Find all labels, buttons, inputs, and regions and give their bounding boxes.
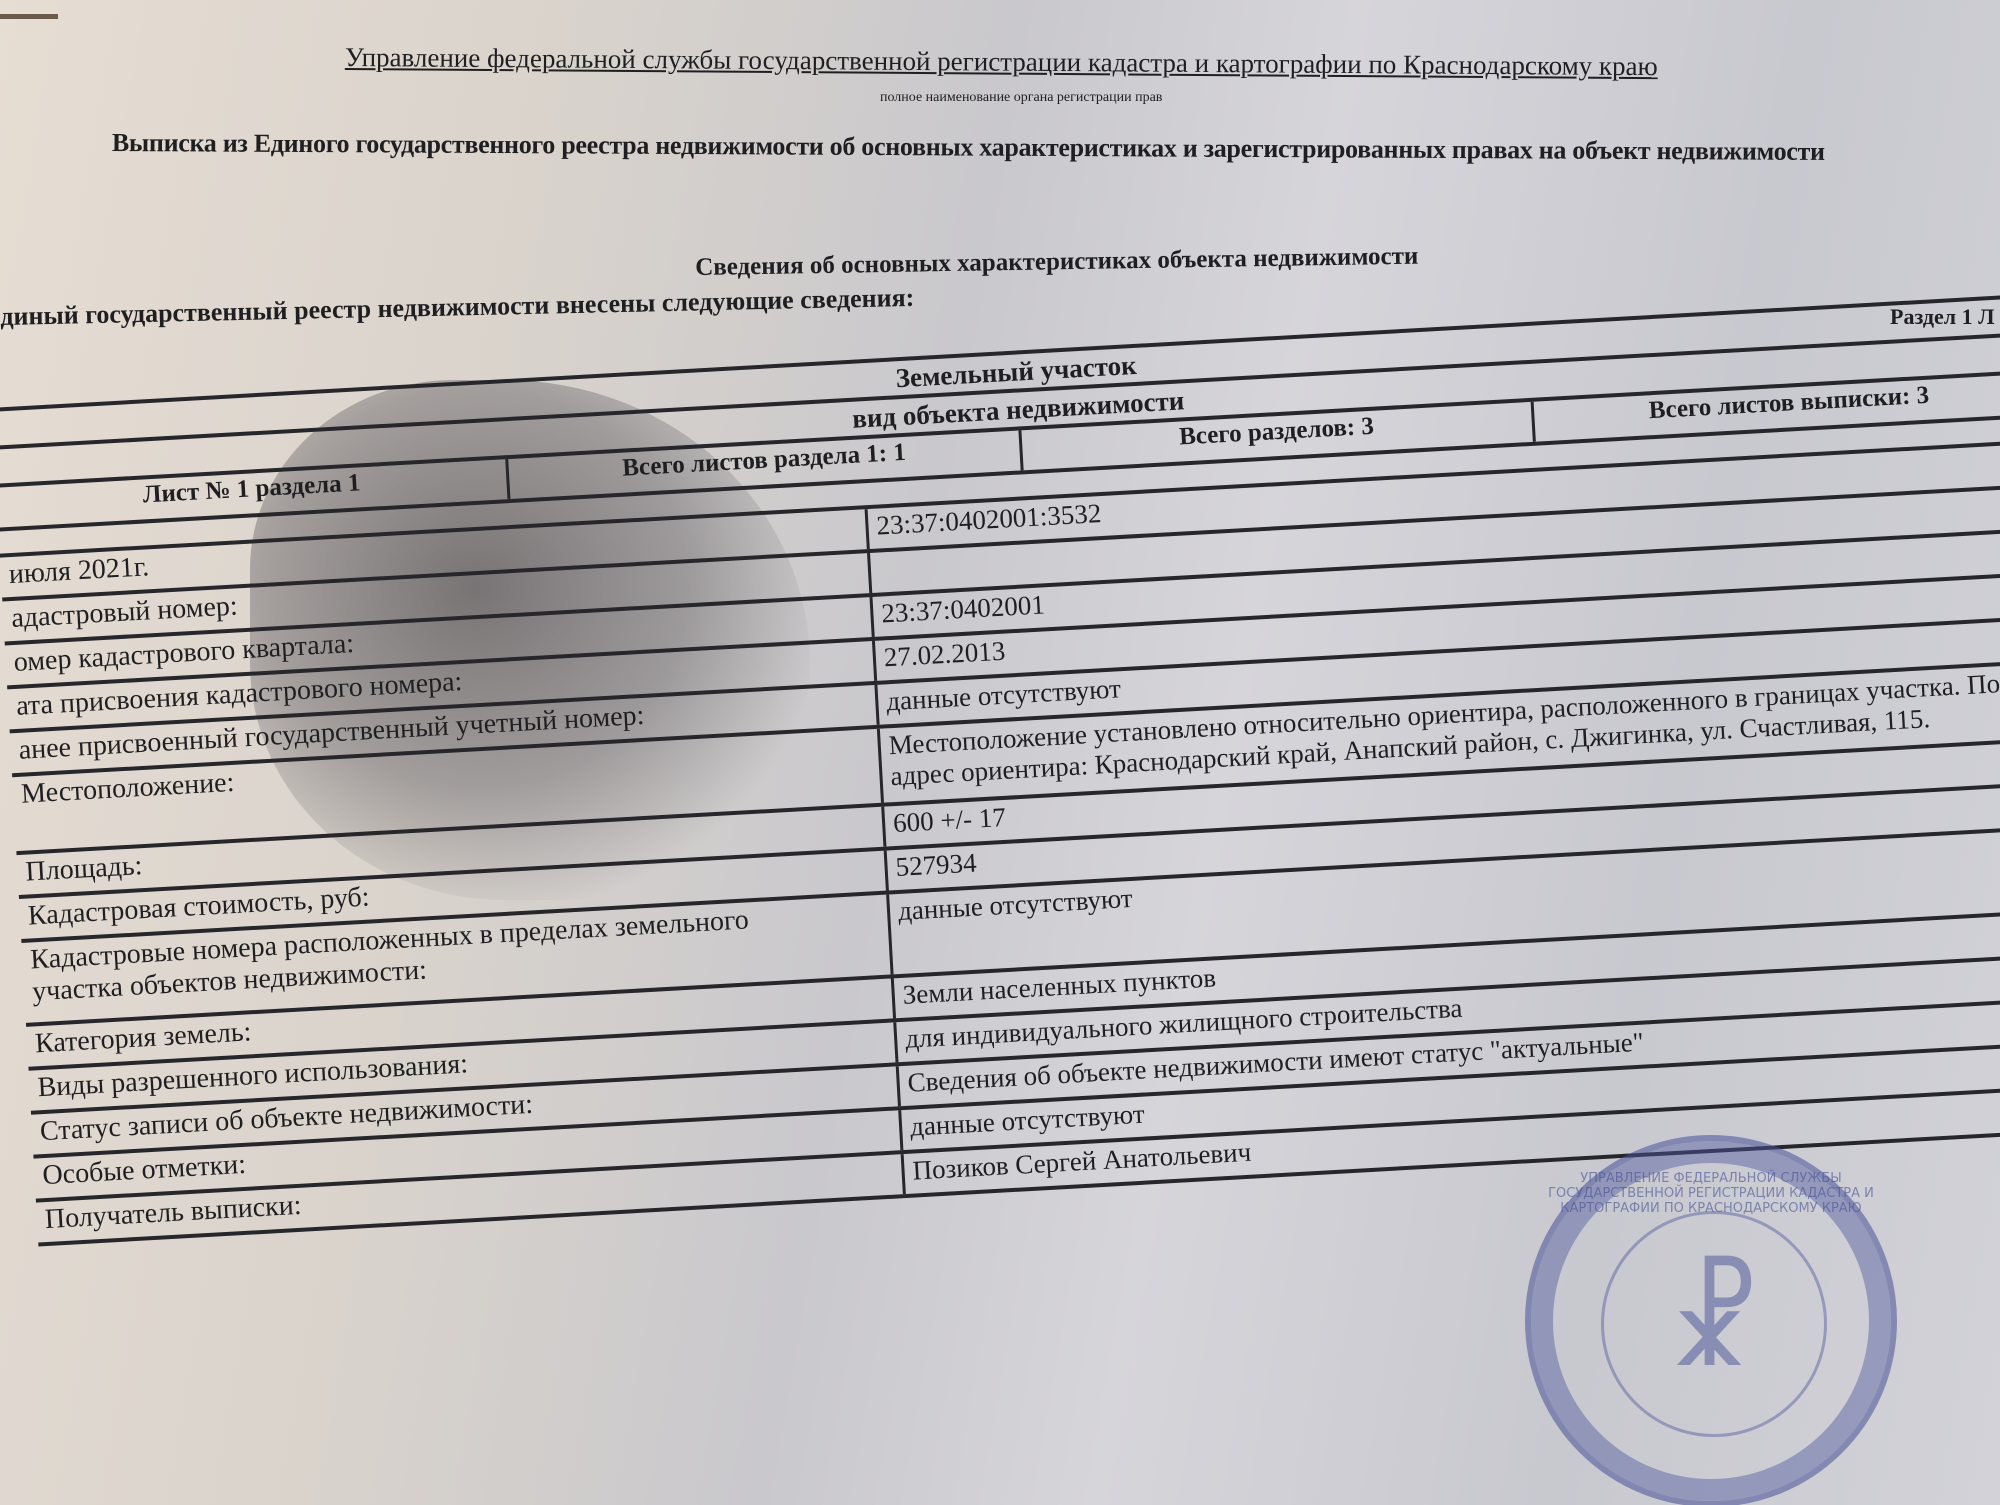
stamp-text: УПРАВЛЕНИЕ ФЕДЕРАЛЬНОЙ СЛУЖБЫ ГОСУДАРСТВ… [1531, 1171, 1891, 1216]
agency-name: Управление федеральной службы государств… [345, 42, 1658, 82]
section-title: Сведения об основных характеристиках объ… [695, 243, 1419, 282]
characteristics-table: Земельный участок вид объекта недвижимос… [0, 293, 2000, 1246]
extract-title: Выписка из Единого государственного реес… [112, 128, 1825, 167]
official-stamp: УПРАВЛЕНИЕ ФЕДЕРАЛЬНОЙ СЛУЖБЫ ГОСУДАРСТВ… [1525, 1135, 1897, 1505]
coat-of-arms-icon: ☧ [1601, 1211, 1827, 1437]
paper-mark [0, 14, 58, 19]
agency-caption: полное наименование органа регистрации п… [880, 90, 1162, 106]
intro-text: диный государственный реестр недвижимост… [0, 283, 915, 332]
